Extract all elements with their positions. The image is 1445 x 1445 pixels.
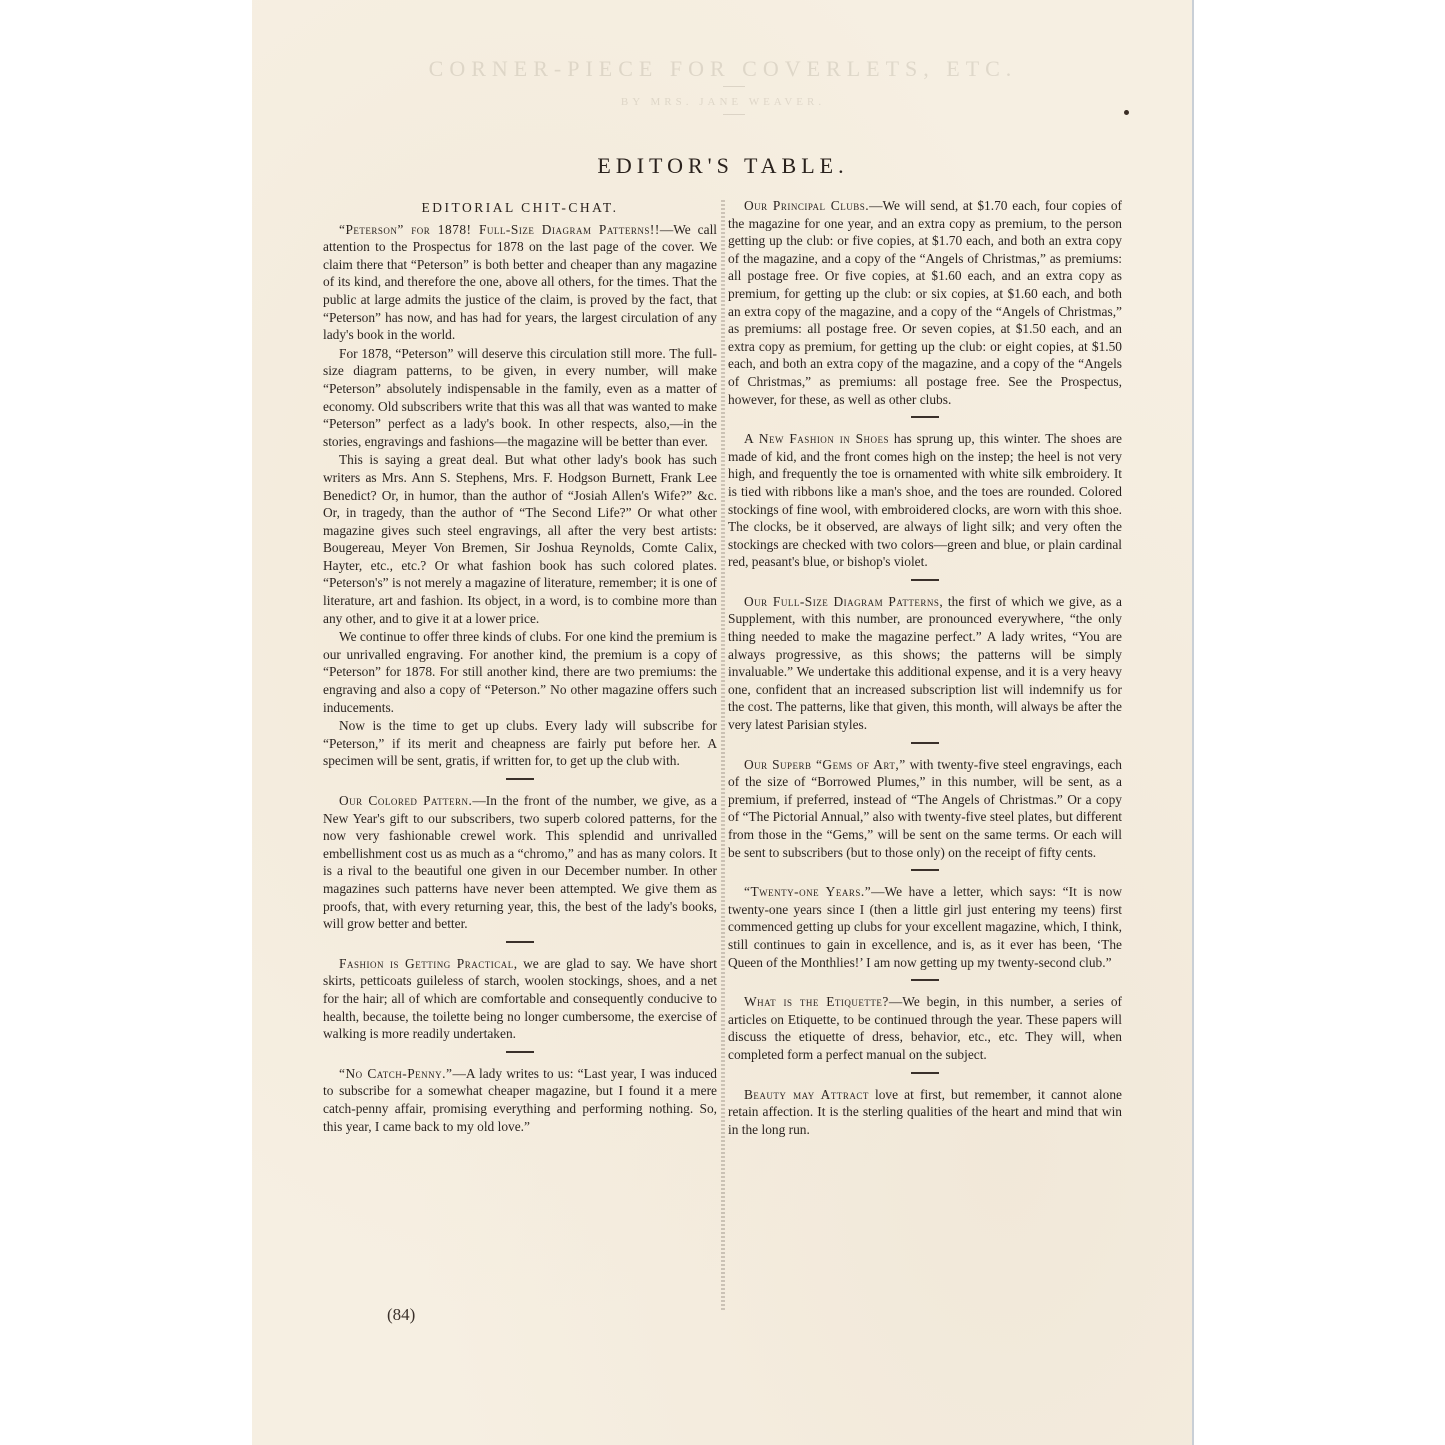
page-number: (84) — [387, 1305, 415, 1325]
section-rule — [911, 742, 939, 744]
section-rule — [911, 579, 939, 581]
paragraph-fashion-practical: Fashion is Getting Practical, we are gla… — [323, 955, 717, 1043]
paragraph-fashion-shoes: A New Fashion in Shoes has sprung up, th… — [728, 430, 1122, 571]
paragraph-diagram-patterns: Our Full-Size Diagram Patterns, the firs… — [728, 593, 1122, 734]
paragraph-no-catch-penny: “No Catch-Penny.”—A lady writes to us: “… — [323, 1065, 717, 1135]
section-rule — [911, 979, 939, 981]
section-heading: EDITORIAL CHIT-CHAT. — [323, 199, 717, 217]
section-rule — [911, 416, 939, 418]
section-rule — [506, 778, 534, 780]
left-column: EDITORIAL CHIT-CHAT. “Peterson” for 1878… — [323, 197, 717, 1135]
ghost-rule — [723, 114, 745, 115]
paragraph-colored-pattern: Our Colored Pattern.—In the front of the… — [323, 792, 717, 933]
bleed-through-heading: CORNER-PIECE FOR COVERLETS, ETC. — [252, 56, 1194, 82]
paragraph-gems-of-art: Our Superb “Gems of Art,” with twenty-fi… — [728, 756, 1122, 862]
paragraph-circulation: For 1878, “Peterson” will deserve this c… — [323, 345, 717, 451]
paragraph-peterson-1878: “Peterson” for 1878! Full-Size Diagram P… — [323, 221, 717, 344]
page-title: EDITOR'S TABLE. — [252, 153, 1194, 179]
paragraph-get-up-clubs: Now is the time to get up clubs. Every l… — [323, 717, 717, 770]
paragraph-principal-clubs: Our Principal Clubs.—We will send, at $1… — [728, 197, 1122, 408]
paragraph-beauty: Beauty may Attract love at first, but re… — [728, 1086, 1122, 1139]
section-rule — [506, 941, 534, 943]
section-rule — [506, 1051, 534, 1053]
ghost-rule — [723, 86, 745, 87]
magazine-page: CORNER-PIECE FOR COVERLETS, ETC. BY MRS.… — [252, 0, 1194, 1445]
paragraph-twenty-one-years: “Twenty-one Years.”—We have a letter, wh… — [728, 883, 1122, 971]
section-rule — [911, 1072, 939, 1074]
ink-speck — [1124, 110, 1129, 115]
section-rule — [911, 869, 939, 871]
right-column: Our Principal Clubs.—We will send, at $1… — [728, 197, 1122, 1138]
paragraph-etiquette: What is the Etiquette?—We begin, in this… — [728, 993, 1122, 1063]
bleed-through-byline: BY MRS. JANE WEAVER. — [252, 96, 1194, 108]
paragraph-writers: This is saying a great deal. But what ot… — [323, 451, 717, 627]
paragraph-clubs-kinds: We continue to offer three kinds of club… — [323, 628, 717, 716]
column-divider — [721, 200, 725, 1310]
